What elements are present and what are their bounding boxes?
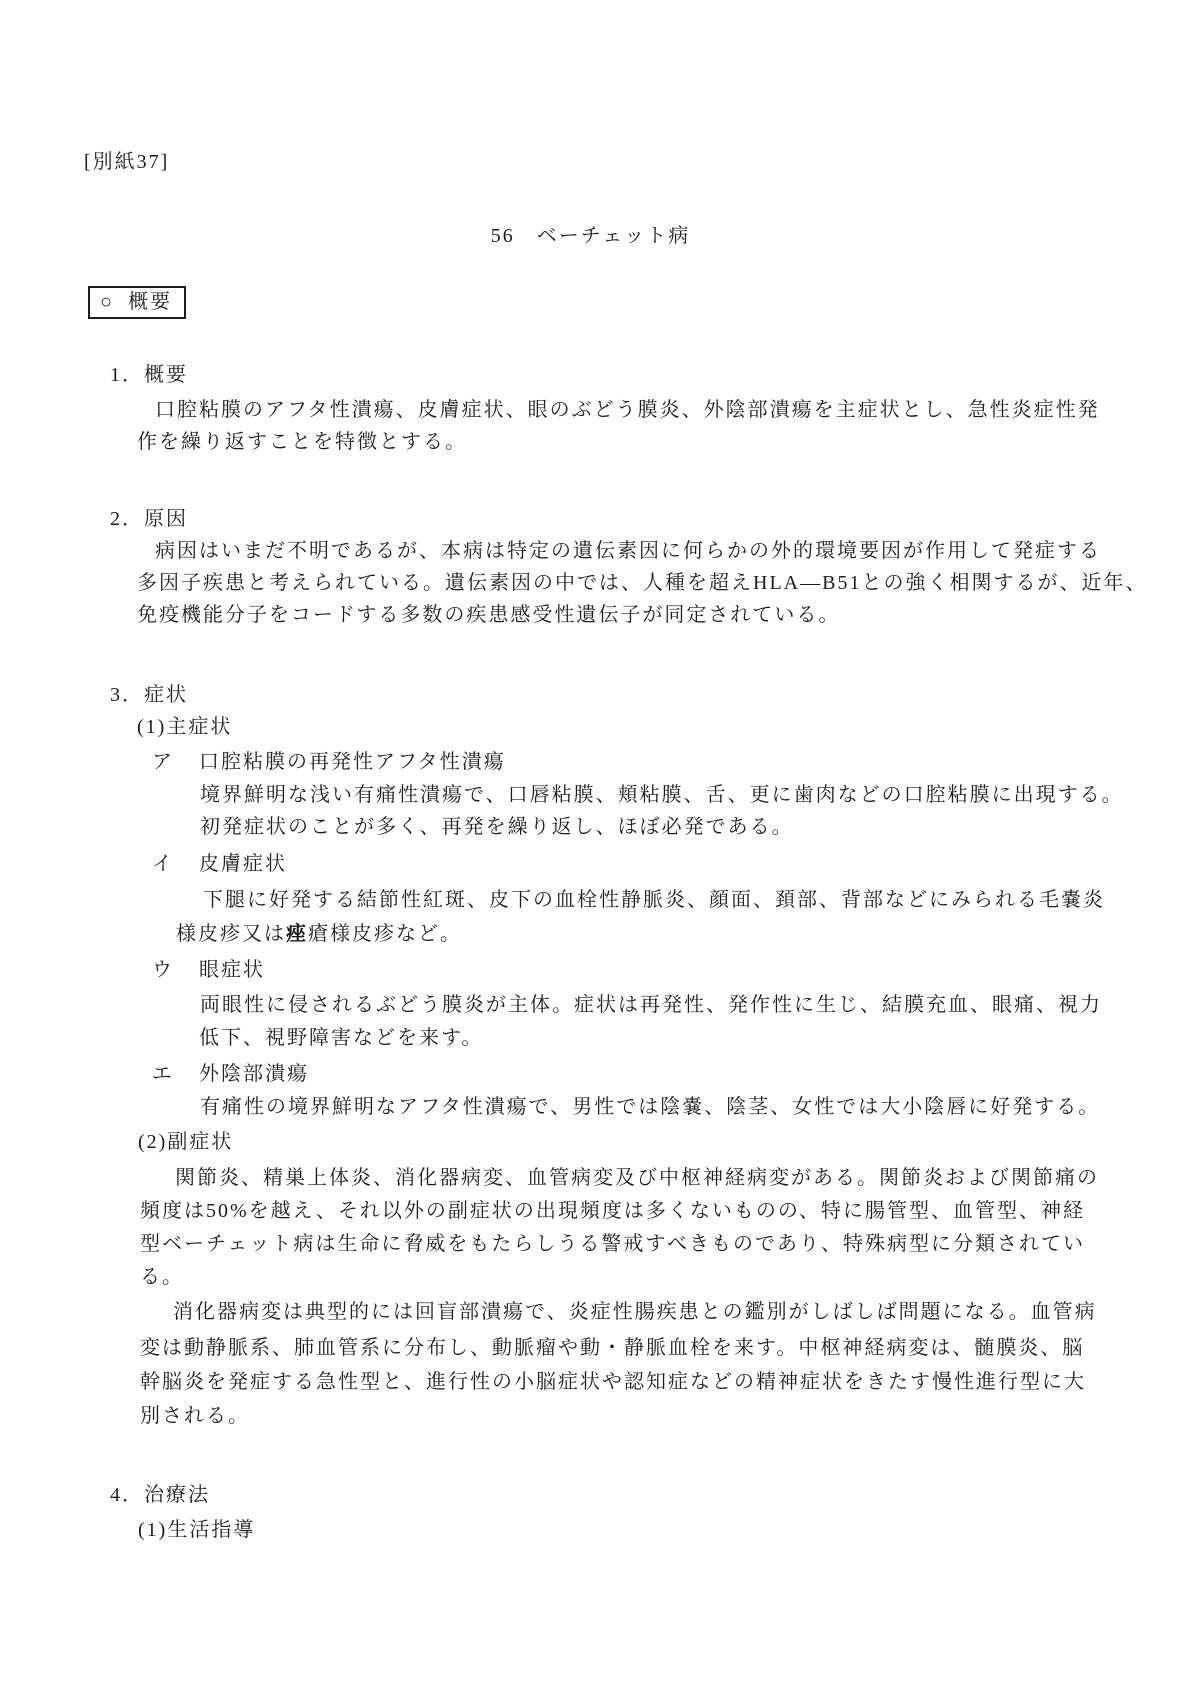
main-symptoms-label: (1)主症状 (137, 715, 232, 739)
item-a-line-1: 境界鮮明な浅い有痛性潰瘍で、口唇粘膜、頬粘膜、舌、更に歯肉などの口腔粘膜に出現す… (200, 783, 1124, 807)
item-i-marker: イ (152, 853, 174, 875)
overview-box: ○概要 (88, 286, 186, 319)
item-u-line-1: 両眼性に侵されるぶどう膜炎が主体。症状は再発性、発作性に生じ、結膜充血、眼痛、視… (200, 993, 1102, 1017)
secondary-para-2-line-1: 消化器病変は典型的には回盲部潰瘍で、炎症性腸疾患との鑑別がしばしば問題になる。血… (173, 1300, 1097, 1324)
item-u-line-2: 低下、視野障害などを来す。 (199, 1026, 483, 1050)
secondary-para-2-line-3: 幹脳炎を発症する急性型と、進行性の小脳症状や認知症などの精神症状をきたす慢性進行… (140, 1370, 1086, 1394)
item-e-marker: エ (152, 1063, 174, 1085)
secondary-para-1-line-4: る。 (140, 1265, 184, 1289)
section-2-para-line-2: 多因子疾患と考えられている。遺伝素因の中では、人種を超えHLA—B51との強く相… (137, 571, 1147, 595)
section-2-para-line-1: 病因はいまだ不明であるが、本病は特定の遺伝素因に何らかの外的環境要因が作用して発… (155, 539, 1101, 563)
item-i-line-2: 様皮疹又は痤瘡様皮疹など。 (176, 922, 462, 946)
treatment-sub1-label: (1)生活指導 (138, 1518, 255, 1542)
item-e-title: 外陰部潰瘍 (199, 1063, 309, 1085)
secondary-para-1-line-3: 型ベーチェット病は生命に脅威をもたらしうる警戒すべきものであり、特殊病型に分類さ… (140, 1232, 1085, 1256)
section-1-heading: 1．概要 (110, 363, 188, 387)
item-a-title: 口腔粘膜の再発性アフタ性潰瘍 (199, 751, 506, 773)
secondary-para-1-line-2: 頻度は50%を越え、それ以外の副症状の出現頻度は多くないものの、特に腸管型、血管… (140, 1199, 1085, 1223)
item-i-line-1: 下腿に好発する結節性紅斑、皮下の血栓性静脈炎、顔面、頚部、背部などにみられる毛嚢… (203, 888, 1105, 912)
attachment-tag: [別紙37] (84, 150, 169, 174)
item-e-row: エ外陰部潰瘍 (152, 1062, 309, 1086)
item-u-row: ウ眼症状 (152, 958, 265, 982)
secondary-para-2-line-2: 変は動静脈系、肺血管系に分布し、動脈瘤や動・静脈血栓を来す。中枢神経病変は、髄膜… (140, 1336, 1084, 1360)
overview-box-label: 概要 (128, 291, 172, 313)
secondary-symptoms-label: (2)副症状 (138, 1130, 233, 1154)
item-i-title: 皮膚症状 (199, 853, 287, 875)
item-i-line-2-post: 瘡様皮疹など。 (308, 923, 462, 945)
section-2-heading: 2．原因 (110, 507, 188, 531)
item-i-line-2-pre: 様皮疹又は (176, 923, 286, 945)
item-i-line-2-emphasized-glyph: 痤 (286, 923, 308, 945)
item-u-marker: ウ (152, 959, 174, 981)
section-1-para-line-1: 口腔粘膜のアフタ性潰瘍、皮膚症状、眼のぶどう膜炎、外陰部潰瘍を主症状とし、急性炎… (155, 398, 1100, 422)
document-title: 56 ベーチェット病 (0, 224, 1181, 248)
section-1-para-line-2: 作を繰り返すことを特徴とする。 (137, 430, 467, 454)
item-u-title: 眼症状 (199, 959, 265, 981)
item-i-row: イ皮膚症状 (152, 852, 287, 876)
item-e-line-1: 有痛性の境界鮮明なアフタ性潰瘍で、男性では陰嚢、陰茎、女性では大小陰唇に好発する… (200, 1095, 1100, 1119)
item-a-row: ア口腔粘膜の再発性アフタ性潰瘍 (152, 750, 506, 774)
overview-circle-marker: ○ (100, 291, 114, 313)
item-a-marker: ア (152, 751, 174, 773)
section-4-heading: 4．治療法 (110, 1483, 210, 1507)
item-a-line-2: 初発症状のことが多く、再発を繰り返し、ほぼ必発である。 (200, 815, 794, 839)
secondary-para-1-line-1: 関節炎、精巣上体炎、消化器病変、血管病変及び中枢神経病変がある。関節炎および関節… (175, 1166, 1099, 1190)
secondary-para-2-line-4: 別される。 (140, 1404, 250, 1428)
document-page: [別紙37] 56 ベーチェット病 ○概要 1．概要 口腔粘膜のアフタ性潰瘍、皮… (0, 0, 1181, 1695)
section-3-heading: 3．症状 (110, 683, 188, 707)
section-2-para-line-3: 免疫機能分子をコードする多数の疾患感受性遺伝子が同定されている。 (137, 603, 840, 627)
